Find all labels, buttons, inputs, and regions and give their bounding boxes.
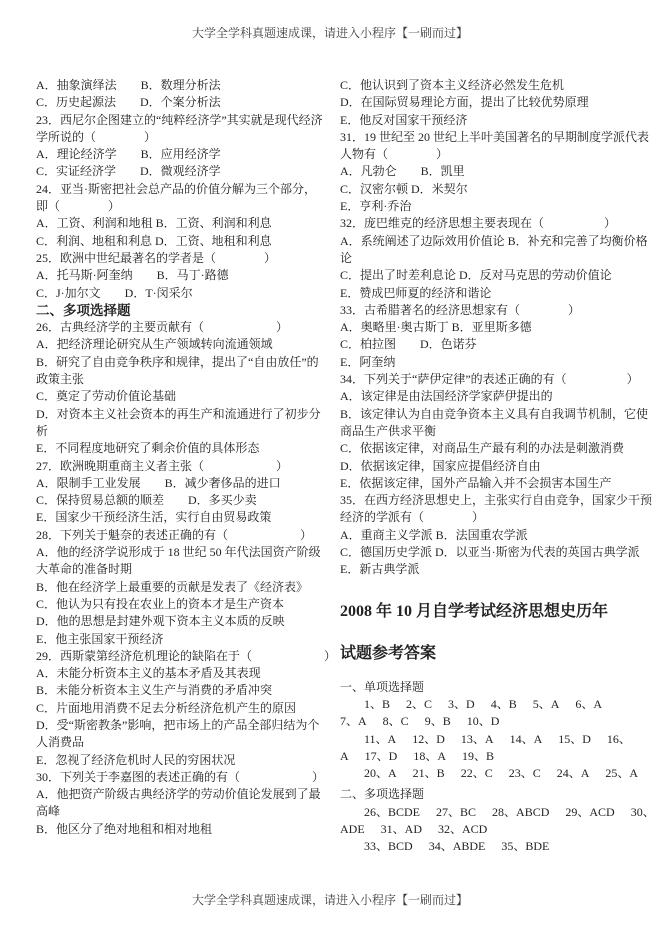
text-line: C．德国历史学派 D．以亚当·斯密为代表的英国古典学派 xyxy=(340,544,624,561)
answer-cell: 21、B xyxy=(413,765,445,782)
text-line: C．保持贸易总额的顺差 D．多买少卖 xyxy=(36,492,336,509)
text-line: C．他认为只有投在农业上的资本才是生产资本 xyxy=(36,596,336,613)
answer-cell: 1、B xyxy=(364,696,390,713)
answer-row: 7、A8、C9、B10、D xyxy=(340,713,624,730)
text-line: 析 xyxy=(36,423,336,440)
text-line: 34．下列关于“萨伊定律”的表述正确的有（ ） xyxy=(340,371,624,388)
text-line: 23．西尼尔企图建立的“纯粹经济学”其实就是现代经济 xyxy=(36,112,336,129)
text-line: B．他在经济学上最重要的贡献是发表了《经济表》 xyxy=(36,579,336,596)
answer-cell: 3、D xyxy=(448,696,475,713)
text-line: E．依据该定律，国外产品输入并不会损害本国生产 xyxy=(340,475,624,492)
answer-cell: 20、A xyxy=(364,765,397,782)
text-line: C．依据该定律，对商品生产最有利的办法是刺激消费 xyxy=(340,440,624,457)
answer-cell: ADE xyxy=(340,821,365,838)
text-line: C．片面地用消费不足去分析经济危机产生的原因 xyxy=(36,700,336,717)
text-line: C．提出了时差利息论 D．反对马克思的劳动价值论 xyxy=(340,267,624,284)
two-column-layout: A．抽象演绎法 B．数理分析法C．历史起源法 D．个案分析法23．西尼尔企图建立… xyxy=(0,77,660,856)
answer-cell: 4、B xyxy=(491,696,517,713)
answer-cell: 33、BCD xyxy=(364,838,413,855)
text-line: D．在国际贸易理论方面，提出了比较优势原理 xyxy=(340,94,624,111)
answer-cell: 26、BCDE xyxy=(364,804,420,821)
text-line: 论 xyxy=(340,250,624,267)
text-line: 学所说的（ ） xyxy=(36,129,336,146)
answer-cell: 22、C xyxy=(461,765,493,782)
text-line: 25．欧洲中世纪最著名的学者是（ ） xyxy=(36,250,336,267)
answers-title-line: 试题参考答案 xyxy=(340,633,624,675)
text-line: D．依据该定律，国家应提倡经济自由 xyxy=(340,458,624,475)
text-line: B．他区分了绝对地租和相对地租 xyxy=(36,821,336,838)
text-line: 高峰 xyxy=(36,803,336,820)
text-line: E．他反对国家干预经济 xyxy=(340,112,624,129)
answer-row: 26、BCDE27、BC28、ABCD29、ACD30、 xyxy=(340,804,624,821)
text-line: C．奠定了劳动价值论基础 xyxy=(36,388,336,405)
answer-cell: 6、A xyxy=(575,696,602,713)
section-heading: 二、多项选择题 xyxy=(36,302,336,319)
text-line: 24．亚当·斯密把社会总产品的价值分解为三个部分， xyxy=(36,181,336,198)
text-line: A．他的经济学说形成于 18 世纪 50 年代法国资产阶级 xyxy=(36,544,336,561)
answer-cell: 15、D xyxy=(558,731,591,748)
answer-cell: 31、AD xyxy=(381,821,422,838)
answer-part-heading: 二、多项选择题 xyxy=(340,786,624,803)
right-column: C．他认识到了资本主义经济必然发生危机D．在国际贸易理论方面，提出了比较优势原理… xyxy=(340,77,624,856)
answer-part-heading: 一、单项选择题 xyxy=(340,679,624,696)
text-line: A．重商主义学派 B．法国重农学派 xyxy=(340,527,624,544)
text-line: C．利润、地租和利息 D．工资、地租和利息 xyxy=(36,233,336,250)
text-line: E．阿奎纳 xyxy=(340,354,624,371)
answer-row: ADE31、AD32、ACD xyxy=(340,821,624,838)
answer-cell: 32、ACD xyxy=(438,821,487,838)
text-line: 政策主张 xyxy=(36,371,336,388)
text-line: 人消费品 xyxy=(36,734,336,751)
text-line: C．他认识到了资本主义经济必然发生危机 xyxy=(340,77,624,94)
answer-cell: 12、D xyxy=(412,731,445,748)
answer-cell: 9、B xyxy=(425,713,451,730)
text-line: 33．古希腊著名的经济思想家有（ ） xyxy=(340,302,624,319)
text-line: 32．庞巴维克的经济思想主要表现在（ ） xyxy=(340,215,624,232)
answer-cell: 7、A xyxy=(340,713,367,730)
text-line: E．赞成巴师夏的经济和谐论 xyxy=(340,285,624,302)
text-line: 大革命的准备时期 xyxy=(36,561,336,578)
text-line: 29．西斯蒙第经济危机理论的缺陷在于（ ） xyxy=(36,648,336,665)
answers-title-line: 2008 年 10 月自学考试经济思想史历年 xyxy=(340,591,624,633)
answer-cell: 19、B xyxy=(462,748,494,765)
text-line: D．对资本主义社会资本的再生产和流通进行了初步分 xyxy=(36,406,336,423)
text-line: C．历史起源法 D．个案分析法 xyxy=(36,94,336,111)
text-line: 商品生产供求平衡 xyxy=(340,423,624,440)
text-line: 26．古典经济学的主要贡献有（ ） xyxy=(36,319,336,336)
text-line: 经济的学派有（ ） xyxy=(340,509,624,526)
answer-cell: 11、A xyxy=(364,731,396,748)
text-line: A．工资、利润和地租 B．工资、利润和利息 xyxy=(36,215,336,232)
text-line: 即（ ） xyxy=(36,198,336,215)
answer-cell: 27、BC xyxy=(436,804,476,821)
text-line: 31．19 世纪至 20 世纪上半叶美国著名的早期制度学派代表 xyxy=(340,129,624,146)
left-column: A．抽象演绎法 B．数理分析法C．历史起源法 D．个案分析法23．西尼尔企图建立… xyxy=(36,77,336,856)
text-line: 27．欧洲晚期重商主义者主张（ ） xyxy=(36,458,336,475)
answer-cell: 25、A xyxy=(605,765,638,782)
text-line: A．奥略里·奥古斯丁 B．亚里斯多德 xyxy=(340,319,624,336)
text-line: C．柏拉图 D．色诺芬 xyxy=(340,336,624,353)
text-line: A．理论经济学 B．应用经济学 xyxy=(36,146,336,163)
answer-cell: 17、D xyxy=(365,748,398,765)
answer-cell: 35、BDE xyxy=(501,838,549,855)
answer-row: 33、BCD34、ABDE35、BDE xyxy=(340,838,624,855)
answer-cell: 23、C xyxy=(509,765,541,782)
text-line: A．他把资产阶级古典经济学的劳动价值论发展到了最 xyxy=(36,786,336,803)
text-line: E．国家少干预经济生活，实行自由贸易政策 xyxy=(36,509,336,526)
answer-cell: 13、A xyxy=(461,731,494,748)
answer-row: A17、D18、A19、B xyxy=(340,748,624,765)
text-line: D．受“斯密教条”影响，把市场上的产品全部归结为个 xyxy=(36,717,336,734)
answer-cell: 10、D xyxy=(467,713,500,730)
text-line: A．系统阐述了边际效用价值论 B．补充和完善了均衡价格 xyxy=(340,233,624,250)
text-line: E．忽视了经济危机时人民的穷困状况 xyxy=(36,752,336,769)
text-line: 28．下列关于魁奈的表述正确的有（ ） xyxy=(36,527,336,544)
text-line: E．不同程度地研究了剩余价值的具体形态 xyxy=(36,440,336,457)
answer-cell: 16、 xyxy=(607,731,631,748)
answer-cell: 8、C xyxy=(383,713,409,730)
answer-row: 20、A21、B22、C23、C24、A25、A xyxy=(340,765,624,782)
answer-row: 11、A12、D13、A14、A15、D16、 xyxy=(340,731,624,748)
text-line: E．亨利·乔治 xyxy=(340,198,624,215)
answer-cell: 34、ABDE xyxy=(429,838,486,855)
text-line: 30．下列关于李嘉图的表述正确的有（ ） xyxy=(36,769,336,786)
text-line: A．把经济理论研究从生产领域转向流通领域 xyxy=(36,336,336,353)
text-line: 35．在西方经济思想史上，主张实行自由竞争，国家少干预 xyxy=(340,492,624,509)
text-line: 人物有（ ） xyxy=(340,146,624,163)
text-line: A．限制手工业发展 B．减少奢侈品的进口 xyxy=(36,475,336,492)
text-line: A．抽象演绎法 B．数理分析法 xyxy=(36,77,336,94)
header-promo-text: 大学全学科真题速成课，请进入小程序【一刷而过】 xyxy=(0,0,660,41)
answer-cell: 29、ACD xyxy=(565,804,614,821)
text-line: E．他主张国家干预经济 xyxy=(36,631,336,648)
text-line: B．未能分析资本主义生产与消费的矛盾冲突 xyxy=(36,682,336,699)
answer-cell: 5、A xyxy=(533,696,560,713)
answer-cell: 18、A xyxy=(413,748,446,765)
text-line: C．汉密尔顿 D．米契尔 xyxy=(340,181,624,198)
answer-cell: 28、ABCD xyxy=(492,804,549,821)
text-line: B．该定律认为自由竞争资本主义具有自我调节机制，它使 xyxy=(340,406,624,423)
text-line: A．该定律是由法国经济学家萨伊提出的 xyxy=(340,388,624,405)
text-line: A．未能分析资本主义的基本矛盾及其表现 xyxy=(36,665,336,682)
exam-document-page: 大学全学科真题速成课，请进入小程序【一刷而过】 A．抽象演绎法 B．数理分析法C… xyxy=(0,0,660,934)
text-line: C．J·加尔文 D．T·闵采尔 xyxy=(36,285,336,302)
text-line: D．他的思想是封建外观下资本主义本质的反映 xyxy=(36,613,336,630)
answer-cell: 24、A xyxy=(557,765,590,782)
text-line: A．凡勃仑 B．凯里 xyxy=(340,163,624,180)
answer-row: 1、B2、C3、D4、B5、A6、A xyxy=(340,696,624,713)
text-line: C．实证经济学 D．微观经济学 xyxy=(36,163,336,180)
answer-cell: 14、A xyxy=(510,731,543,748)
text-line: E．新古典学派 xyxy=(340,561,624,578)
text-line: A．托马斯·阿奎纳 B．马丁·路德 xyxy=(36,267,336,284)
answer-cell: 30、 xyxy=(631,804,655,821)
text-line: B．研究了自由竞争秩序和规律，提出了“自由放任”的 xyxy=(36,354,336,371)
footer-promo-text: 大学全学科真题速成课，请进入小程序【一刷而过】 xyxy=(0,891,660,908)
answer-cell: A xyxy=(340,748,349,765)
answer-cell: 2、C xyxy=(406,696,432,713)
